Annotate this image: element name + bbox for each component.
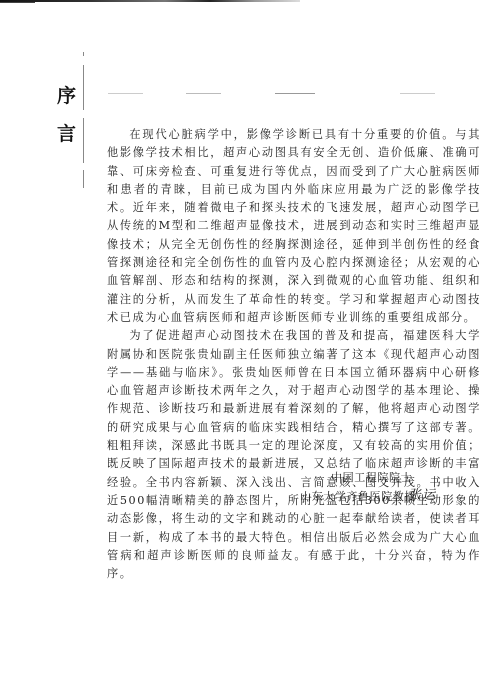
page-title-char-2: 言: [57, 125, 76, 144]
header-dash: [275, 93, 315, 94]
vertical-rule: [83, 65, 84, 110]
paragraph-2: 为了促进超声心动图技术在我国的普及和提高，福建医科大学附属协和医院张贵灿副主任医…: [107, 327, 481, 583]
header-dash: [186, 93, 221, 94]
scan-edge-artifact: [0, 0, 300, 2]
header-dash: [400, 93, 435, 94]
handwritten-signature: 张运: [408, 484, 436, 503]
paragraph-1: 在现代心脏病学中，影像学诊断已具有十分重要的价值。与其他影像学技术相比，超声心动…: [107, 126, 481, 327]
preface-body: 在现代心脏病学中，影像学诊断已具有十分重要的价值。与其他影像学技术相比，超声心动…: [107, 126, 481, 583]
author-title-line-2: 山东大学齐鲁医院教授: [300, 488, 416, 504]
page-title-char-1: 序: [57, 87, 76, 106]
author-title-line-1: 中国工程院院士: [331, 469, 412, 485]
vertical-rule: [83, 52, 84, 56]
scan-edge-artifact: [0, 2, 35, 3]
vertical-rule: [83, 118, 84, 163]
header-dash: [108, 93, 143, 94]
vertical-rule: [83, 170, 84, 188]
